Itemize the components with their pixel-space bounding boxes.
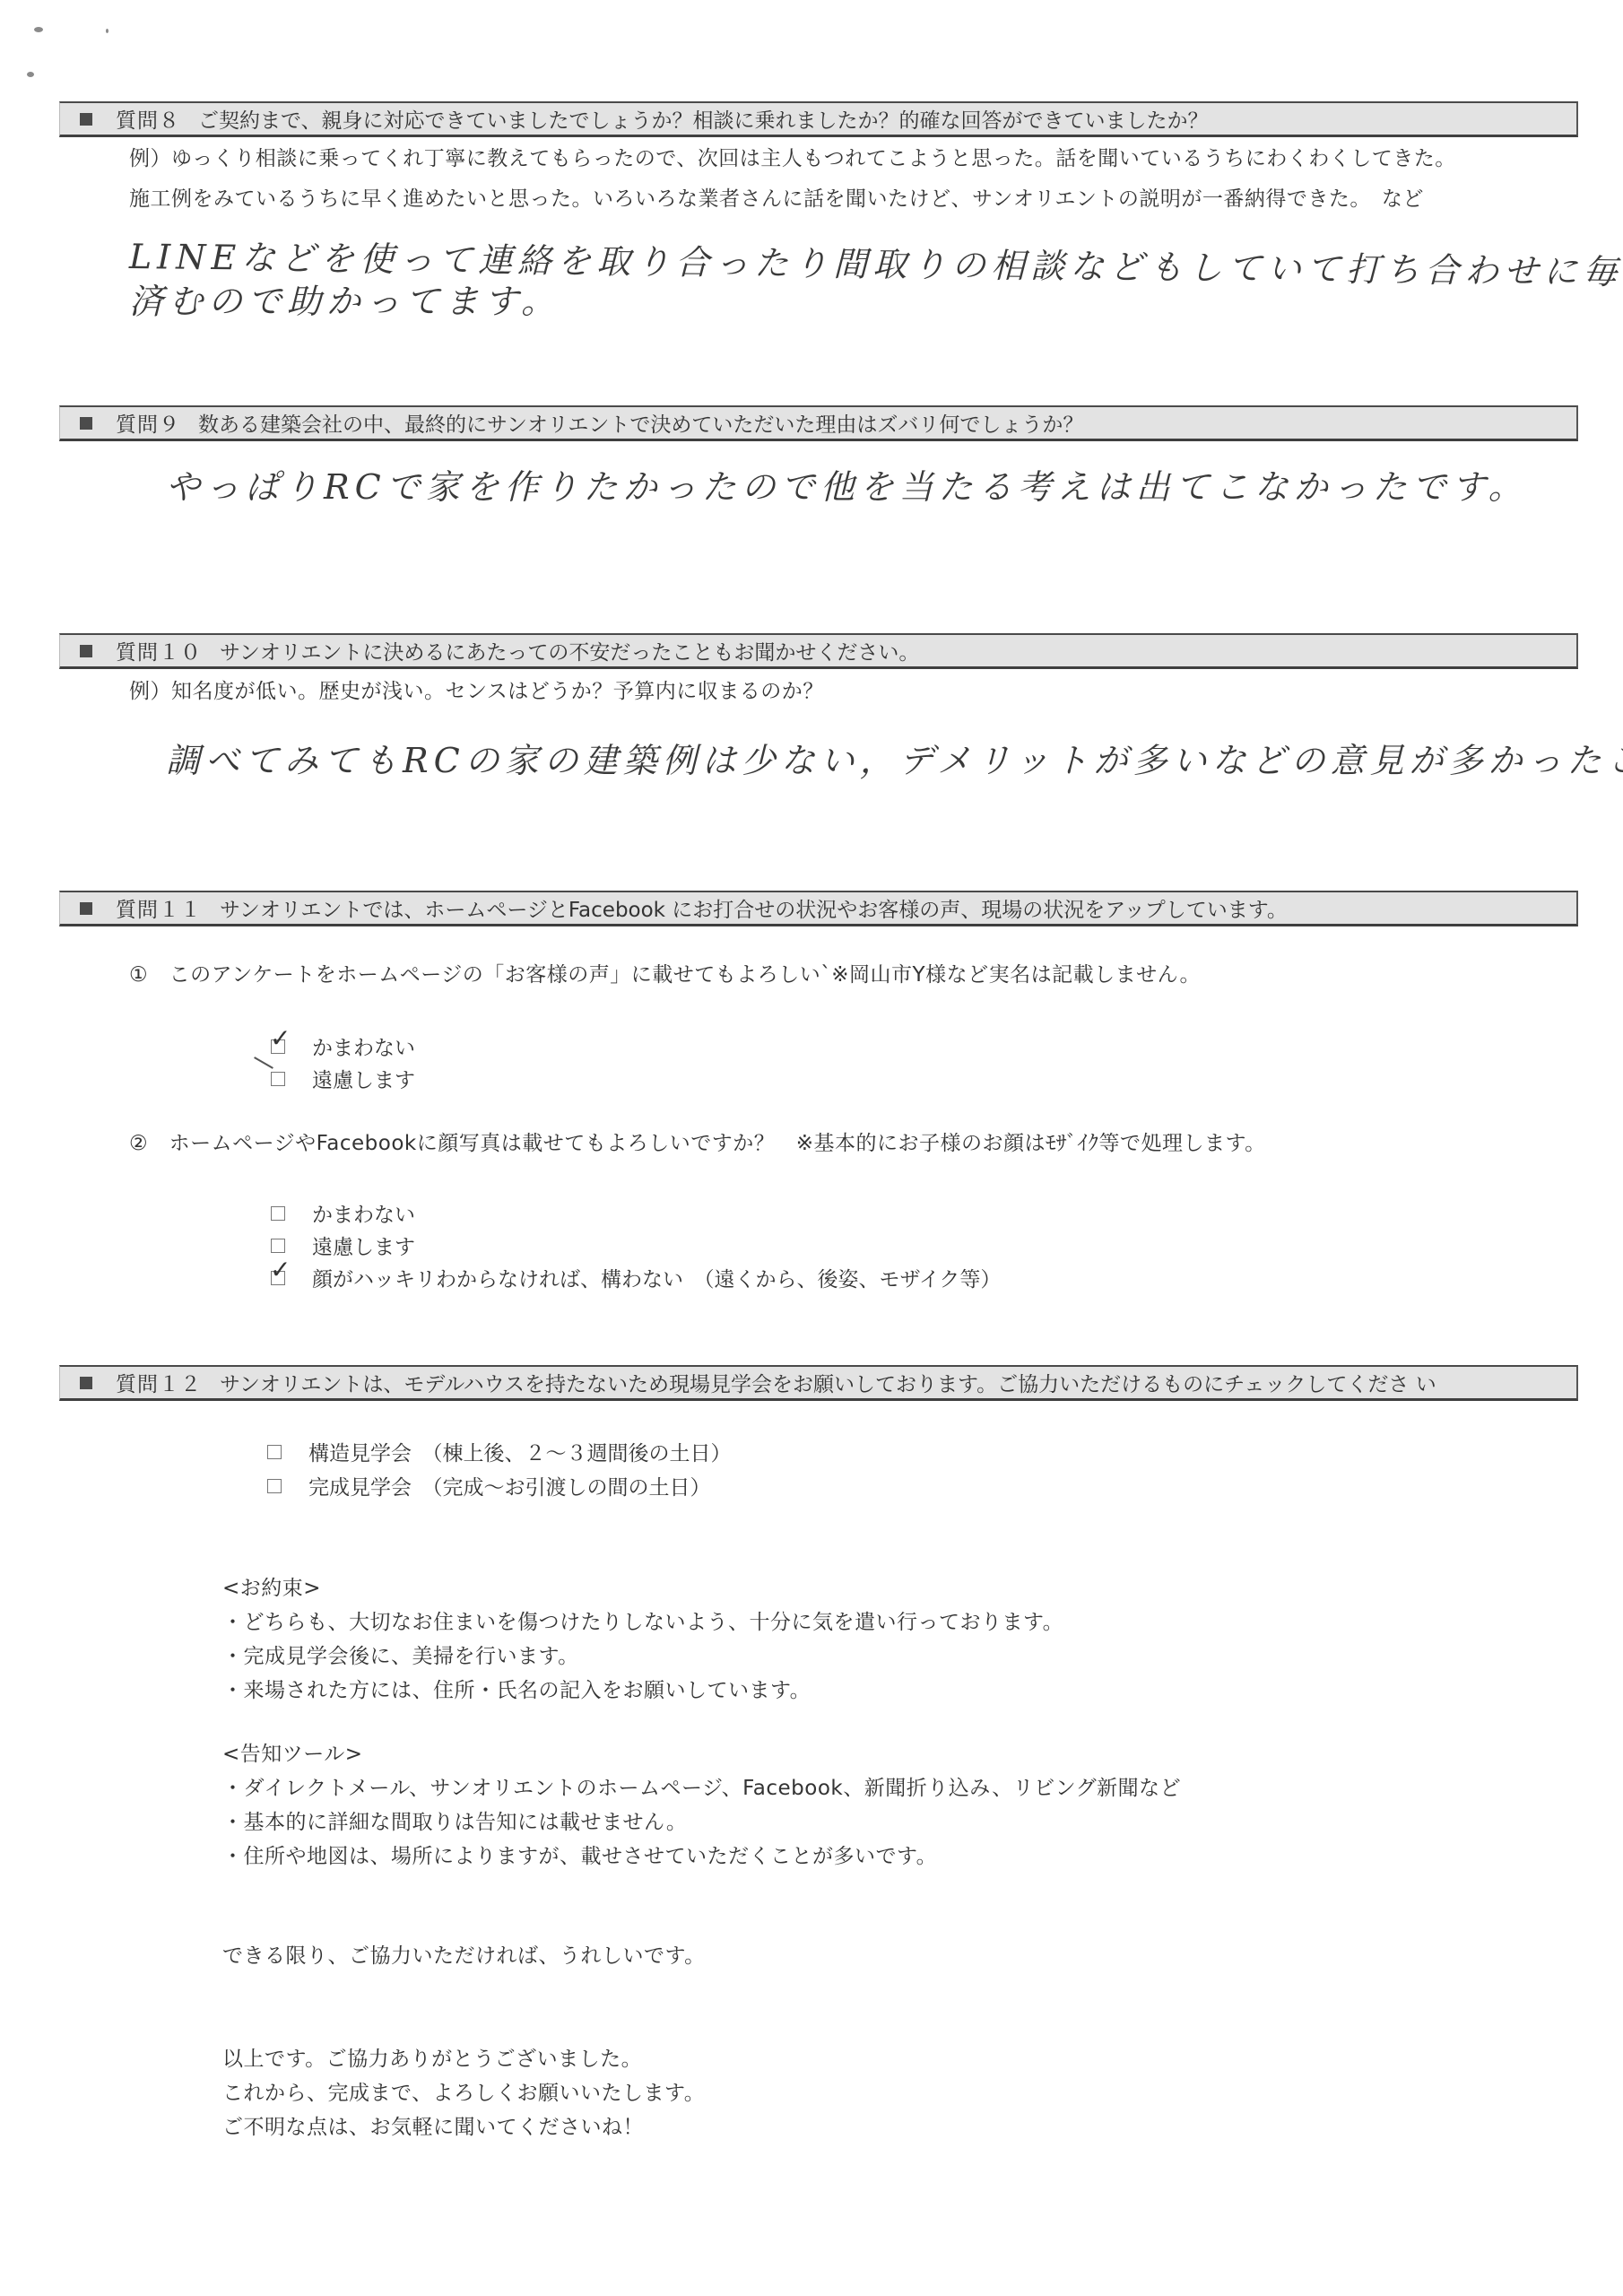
- question-8-header: 質問８ ご契約まで、親身に対応できていましたでしょうか？相談に乗れましたか？的確…: [59, 101, 1578, 137]
- question-text: サンオリエントは、モデルハウスを持たないため現場見学会をお願いしております。ご協…: [220, 1368, 1436, 1397]
- promise-item: ・来場された方には、住所・氏名の記入をお願いしています。: [222, 1674, 811, 1703]
- handwritten-answer: 済むので助かってます。: [129, 274, 560, 323]
- tools-item: ・ダイレクトメール、サンオリエントのホームページ、Facebook、新聞折り込み…: [222, 1771, 1181, 1801]
- option-label: 遠慮します: [312, 1064, 415, 1093]
- handwritten-answer: やっぱりRCで家を作りたかったので他を当たる考えは出てこなかったです。: [166, 459, 1528, 509]
- option-label: 構造見学会 （棟上後、２～３週間後の土日）: [308, 1437, 732, 1466]
- option-label: かまわない: [312, 1198, 415, 1228]
- question-text: ご契約まで、親身に対応できていましたでしょうか？相談に乗れましたか？的確な回答が…: [198, 104, 1209, 134]
- checkbox[interactable]: [271, 1072, 285, 1086]
- question-11-header: 質問１１ サンオリエントでは、ホームページとFacebook にお打合せの状況や…: [59, 891, 1578, 926]
- closing-line: これから、完成まで、よろしくお願いいたします。: [222, 2076, 705, 2106]
- closing-line: 以上です。ご協力ありがとうございました。: [222, 2042, 642, 2072]
- question-text: 数ある建築会社の中、最終的にサンオリエントで決めていただいた理由はズバリ何でしょ…: [198, 408, 1083, 438]
- option-decline-testimonial[interactable]: 遠慮します: [271, 1064, 415, 1093]
- handwritten-answer: 調べてみてもRCの家の建築例は少ない，デメリットが多いなどの意見が多かったこと。: [166, 733, 1623, 782]
- checkbox[interactable]: [267, 1445, 282, 1459]
- checkbox[interactable]: [271, 1206, 285, 1221]
- question-number: 質問８: [116, 104, 180, 134]
- tools-item: ・住所や地図は、場所によりますが、載せさせていただくことが多いです。: [222, 1839, 937, 1869]
- question-text: サンオリエントでは、ホームページとFacebook にお打合せの状況やお客様の声…: [220, 893, 1288, 923]
- square-bullet-icon: [80, 113, 92, 126]
- question-number: 質問１０: [116, 636, 202, 665]
- question-number: 質問１１: [116, 893, 202, 923]
- promise-heading: <お約束>: [222, 1571, 321, 1601]
- option-label: 完成見学会 （完成～お引渡しの間の土日）: [308, 1471, 711, 1500]
- square-bullet-icon: [80, 1377, 92, 1389]
- example-text: 施工例をみているうちに早く進めたいと思った。いろいろな業者さんに話を聞いたけど、…: [129, 182, 1424, 212]
- option-label: 顔がハッキリわからなければ、構わない （遠くから、後姿、モザイク等）: [312, 1263, 1001, 1292]
- example-text: 例）知名度が低い。歴史が浅い。センスはどうか？予算内に収まるのか？: [129, 674, 824, 704]
- check-mark-icon: ✓: [270, 1257, 291, 1283]
- scan-speck: [34, 27, 43, 32]
- question-12-header: 質問１２ サンオリエントは、モデルハウスを持たないため現場見学会をお願いしており…: [59, 1365, 1578, 1401]
- square-bullet-icon: [80, 645, 92, 657]
- scan-speck: [27, 72, 34, 77]
- option-label: かまわない: [312, 1031, 415, 1061]
- question-text: サンオリエントに決めるにあたっての不安だったこともお聞かせください。: [220, 636, 919, 665]
- checkbox-checked[interactable]: ✓: [271, 1039, 285, 1054]
- option-structure-tour[interactable]: 構造見学会 （棟上後、２～３週間後の土日）: [267, 1437, 732, 1466]
- cooperation-request: できる限り、ご協力いただければ、うれしいです。: [222, 1939, 706, 1969]
- sub-question-1: ① このアンケートをホームページの「お客様の声」に載せてもよろしい`※岡山市Y様…: [129, 958, 1201, 987]
- checkbox-checked[interactable]: ✓: [271, 1271, 285, 1285]
- tools-item: ・基本的に詳細な間取りは告知には載せません。: [222, 1805, 687, 1835]
- option-label: 遠慮します: [312, 1231, 415, 1260]
- question-number: 質問１２: [116, 1368, 202, 1397]
- promise-item: ・どちらも、大切なお住まいを傷つけたりしないよう、十分に気を遣い行っております。: [222, 1605, 1063, 1635]
- square-bullet-icon: [80, 902, 92, 915]
- question-9-header: 質問９ 数ある建築会社の中、最終的にサンオリエントで決めていただいた理由はズバリ…: [59, 405, 1578, 441]
- closing-line: ご不明な点は、お気軽に聞いてくださいね！: [222, 2110, 644, 2140]
- option-allow-if-unrecognizable[interactable]: ✓ 顔がハッキリわからなければ、構わない （遠くから、後姿、モザイク等）: [271, 1263, 1001, 1292]
- tools-heading: <告知ツール>: [222, 1737, 363, 1767]
- square-bullet-icon: [80, 417, 92, 430]
- checkbox[interactable]: [271, 1239, 285, 1253]
- option-allow-testimonial[interactable]: ✓ かまわない: [271, 1031, 415, 1061]
- sub-question-2: ② ホームページやFacebookに顔写真は載せてもよろしいですか？ ※基本的に…: [129, 1126, 1266, 1156]
- scan-speck: [106, 29, 108, 33]
- promise-item: ・完成見学会後に、美掃を行います。: [222, 1639, 579, 1669]
- check-mark-icon: ✓: [270, 1026, 291, 1051]
- checkbox[interactable]: [267, 1479, 282, 1493]
- option-decline-photo[interactable]: 遠慮します: [271, 1231, 415, 1260]
- example-text: 例）ゆっくり相談に乗ってくれ丁寧に教えてもらったので、次回は主人もつれてこようと…: [129, 142, 1456, 171]
- option-completion-tour[interactable]: 完成見学会 （完成～お引渡しの間の土日）: [267, 1471, 711, 1500]
- question-number: 質問９: [116, 408, 180, 438]
- option-allow-photo[interactable]: かまわない: [271, 1198, 415, 1228]
- question-10-header: 質問１０ サンオリエントに決めるにあたっての不安だったこともお聞かせください。: [59, 633, 1578, 669]
